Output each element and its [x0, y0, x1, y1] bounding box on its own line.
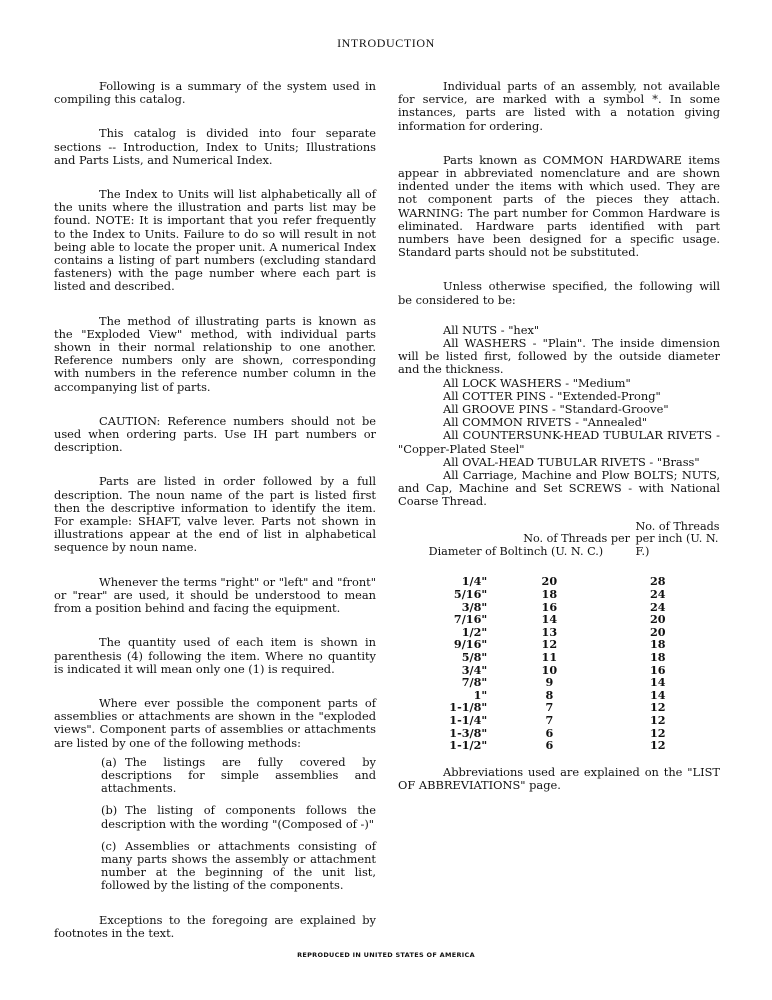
unc-cell: 6	[523, 739, 635, 752]
paragraph-common-hardware: Parts known as COMMON HARDWARE items app…	[398, 154, 720, 260]
thread-table: Diameter of Bolt No. of Threads per inch…	[428, 521, 720, 752]
paragraph-defaults-intro: Unless otherwise specified, the followin…	[398, 280, 720, 306]
paragraph-exceptions: Exceptions to the foregoing are explaine…	[54, 914, 376, 940]
unf-cell: 12	[635, 701, 720, 714]
thread-table-row: 5/8"1118	[428, 651, 720, 664]
thread-table-header: Diameter of Bolt No. of Threads per inch…	[428, 521, 720, 576]
thread-table-row: 7/8"914	[428, 676, 720, 689]
page-title: INTRODUCTION	[0, 36, 772, 51]
unc-cell: 9	[523, 676, 635, 689]
unf-cell: 12	[635, 727, 720, 740]
paragraph-caution: CAUTION: Reference numbers should not be…	[54, 415, 376, 455]
unc-cell: 16	[523, 601, 635, 614]
thread-table-body: 1/4"20285/16"18243/8"16247/16"14201/2"13…	[428, 575, 720, 751]
header-diameter: Diameter of Bolt	[428, 521, 523, 576]
thread-table-row: 1-1/2"612	[428, 739, 720, 752]
thread-table-row: 5/16"1824	[428, 588, 720, 601]
unc-cell: 13	[523, 626, 635, 639]
method-item: (a)The listings are fully covered by des…	[54, 756, 376, 796]
diameter-cell: 7/8"	[428, 676, 523, 689]
unc-cell: 7	[523, 701, 635, 714]
paragraph-abbreviations: Abbreviations used are explained on the …	[398, 766, 720, 792]
unf-cell: 16	[635, 664, 720, 677]
unc-cell: 20	[523, 575, 635, 588]
diameter-cell: 1-1/4"	[428, 714, 523, 727]
paragraph-unavailable-parts: Individual parts of an assembly, not ava…	[398, 80, 720, 133]
thread-table-row: 1-1/4"712	[428, 714, 720, 727]
unf-cell: 14	[635, 689, 720, 702]
spec-item: All Carriage, Machine and Plow BOLTS; NU…	[398, 469, 720, 509]
methods-list: (a)The listings are fully covered by des…	[54, 756, 376, 893]
header-unf: No. of Threads per inch (U. N. F.)	[635, 521, 720, 576]
paragraph-component-parts: Where ever possible the component parts …	[54, 697, 376, 750]
right-column: Individual parts of an assembly, not ava…	[398, 80, 720, 792]
unc-cell: 6	[523, 727, 635, 740]
paragraph-sections: This catalog is divided into four separa…	[54, 127, 376, 167]
diameter-cell: 5/8"	[428, 651, 523, 664]
spec-item: All COUNTERSUNK-HEAD TUBULAR RIVETS - "C…	[398, 429, 720, 455]
unc-cell: 7	[523, 714, 635, 727]
diameter-cell: 5/16"	[428, 588, 523, 601]
thread-table-row: 7/16"1420	[428, 613, 720, 626]
footer-reproduction-note: REPRODUCED IN UNITED STATES OF AMERICA	[0, 951, 772, 959]
unc-cell: 10	[523, 664, 635, 677]
unf-cell: 18	[635, 651, 720, 664]
unf-cell: 12	[635, 714, 720, 727]
unf-cell: 20	[635, 613, 720, 626]
method-text: The listings are fully covered by descri…	[101, 755, 376, 795]
unf-cell: 24	[635, 588, 720, 601]
unc-cell: 18	[523, 588, 635, 601]
paragraph-summary: Following is a summary of the system use…	[54, 80, 376, 106]
unc-cell: 8	[523, 689, 635, 702]
unf-cell: 14	[635, 676, 720, 689]
unc-cell: 14	[523, 613, 635, 626]
method-item: (b)The listing of components follows the…	[54, 804, 376, 830]
paragraph-index-to-units: The Index to Units will list alphabetica…	[54, 188, 376, 294]
paragraph-quantity: The quantity used of each item is shown …	[54, 636, 376, 676]
diameter-cell: 1-1/2"	[428, 739, 523, 752]
unf-cell: 18	[635, 638, 720, 651]
paragraph-orientation: Whenever the terms "right" or "left" and…	[54, 576, 376, 616]
method-item: (c)Assemblies or attachments consisting …	[54, 840, 376, 893]
diameter-cell: 7/16"	[428, 613, 523, 626]
paragraph-exploded-view: The method of illustrating parts is know…	[54, 315, 376, 394]
left-column: Following is a summary of the system use…	[54, 80, 376, 940]
header-unc: No. of Threads per inch (U. N. C.)	[523, 521, 635, 576]
unf-cell: 12	[635, 739, 720, 752]
method-text: Assemblies or attachments consisting of …	[101, 839, 376, 893]
unf-cell: 20	[635, 626, 720, 639]
paragraph-parts-listing: Parts are listed in order followed by a …	[54, 475, 376, 554]
spec-item: All WASHERS - "Plain". The inside dimens…	[398, 337, 720, 377]
method-text: The listing of components follows the de…	[101, 803, 376, 830]
unc-cell: 11	[523, 651, 635, 664]
unf-cell: 28	[635, 575, 720, 588]
unc-cell: 12	[523, 638, 635, 651]
default-specs-list: All NUTS - "hex" All WASHERS - "Plain". …	[398, 324, 720, 509]
spec-item: All LOCK WASHERS - "Medium"	[398, 377, 720, 390]
unf-cell: 24	[635, 601, 720, 614]
